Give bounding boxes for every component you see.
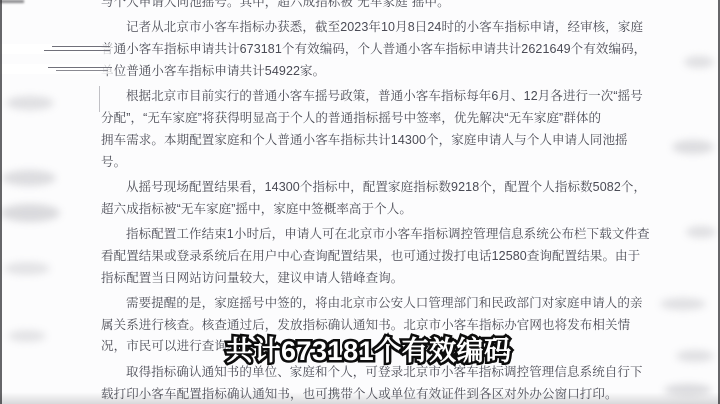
blur-smudge xyxy=(660,298,706,310)
blur-smudge xyxy=(8,330,46,342)
text-line: 从摇号现场配置结果看，14300个指标中，配置家庭指标数9218个，配置个人指标… xyxy=(101,177,650,199)
paragraph: 与个人申请人同池摇号。其中，超六成指标被“无车家庭”摇中。 xyxy=(101,0,650,14)
blur-smudge xyxy=(4,262,50,275)
text-line: 超六成指标被“无车家庭”摇中，家庭中签概率高于个人。 xyxy=(101,199,650,221)
text-line: 单位普通小客车指标申请共计54922家。 xyxy=(101,61,650,83)
paragraph: 从摇号现场配置结果看，14300个指标中，配置家庭指标数9218个，配置个人指标… xyxy=(101,177,650,221)
subtitle-caption: 共计673181个有效编码 xyxy=(226,329,512,368)
blur-streak xyxy=(0,44,113,54)
blur-smudge xyxy=(6,96,54,110)
text-line: 普通小客车指标申请共计673181个有效编码，个人普通小客车指标申请共计2621… xyxy=(101,39,650,61)
blur-smudge xyxy=(684,56,714,68)
left-edge-bar xyxy=(0,0,2,404)
bottom-fade xyxy=(0,392,720,404)
video-frame: 与个人申请人同池摇号。其中，超六成指标被“无车家庭”摇中。 记者从北京市小客车指… xyxy=(0,0,720,404)
paragraph: 记者从北京市小客车指标办获悉，截至2023年10月8日24时的小客车指标申请，经… xyxy=(101,17,650,82)
text-line: 记者从北京市小客车指标办获悉，截至2023年10月8日24时的小客车指标申请，经… xyxy=(101,17,650,39)
text-line: 根据北京市目前实行的普通小客车摇号政策，普通小客车指标每年6月、12月各进行一次… xyxy=(101,86,650,108)
blur-smudge xyxy=(676,350,714,362)
blur-smudge xyxy=(0,204,60,222)
text-line: 拥车需求。本期配置家庭和个人普通小客车指标共计14300个，家庭申请人与个人申请… xyxy=(101,130,650,152)
text-line: 需要提醒的是，家庭摇号中签的，将由北京市公安人口管理部门和民政部门对家庭申请人的… xyxy=(101,293,650,315)
blur-smudge xyxy=(686,226,716,238)
blur-smudge xyxy=(2,170,56,186)
text-line: 与个人申请人同池摇号。其中，超六成指标被“无车家庭”摇中。 xyxy=(101,0,650,14)
text-line: 指标配置工作结束1小时后，申请人可在北京市小客车指标调控管理信息系统公布栏下载文… xyxy=(101,224,650,246)
text-line: 号。 xyxy=(101,152,650,174)
text-line: 指标配置当日网站访问量较大，建议申请人错峰查询。 xyxy=(101,268,650,290)
corner-artifact xyxy=(0,0,24,3)
artifact-line xyxy=(99,86,100,112)
paragraph: 根据北京市目前实行的普通小客车摇号政策，普通小客车指标每年6月、12月各进行一次… xyxy=(101,86,650,173)
blur-streak xyxy=(0,64,115,74)
text-line: 分配”，“无车家庭”将获得明显高于个人的普通指标摇号中签率，优先解决“无车家庭”… xyxy=(101,108,650,130)
paragraph: 指标配置工作结束1小时后，申请人可在北京市小客车指标调控管理信息系统公布栏下载文… xyxy=(101,224,650,289)
text-line: 看配置结果或登录系统后在用户中心查询配置结果，也可通过拨打电话12580查询配置… xyxy=(101,246,650,268)
blur-smudge xyxy=(672,140,714,154)
